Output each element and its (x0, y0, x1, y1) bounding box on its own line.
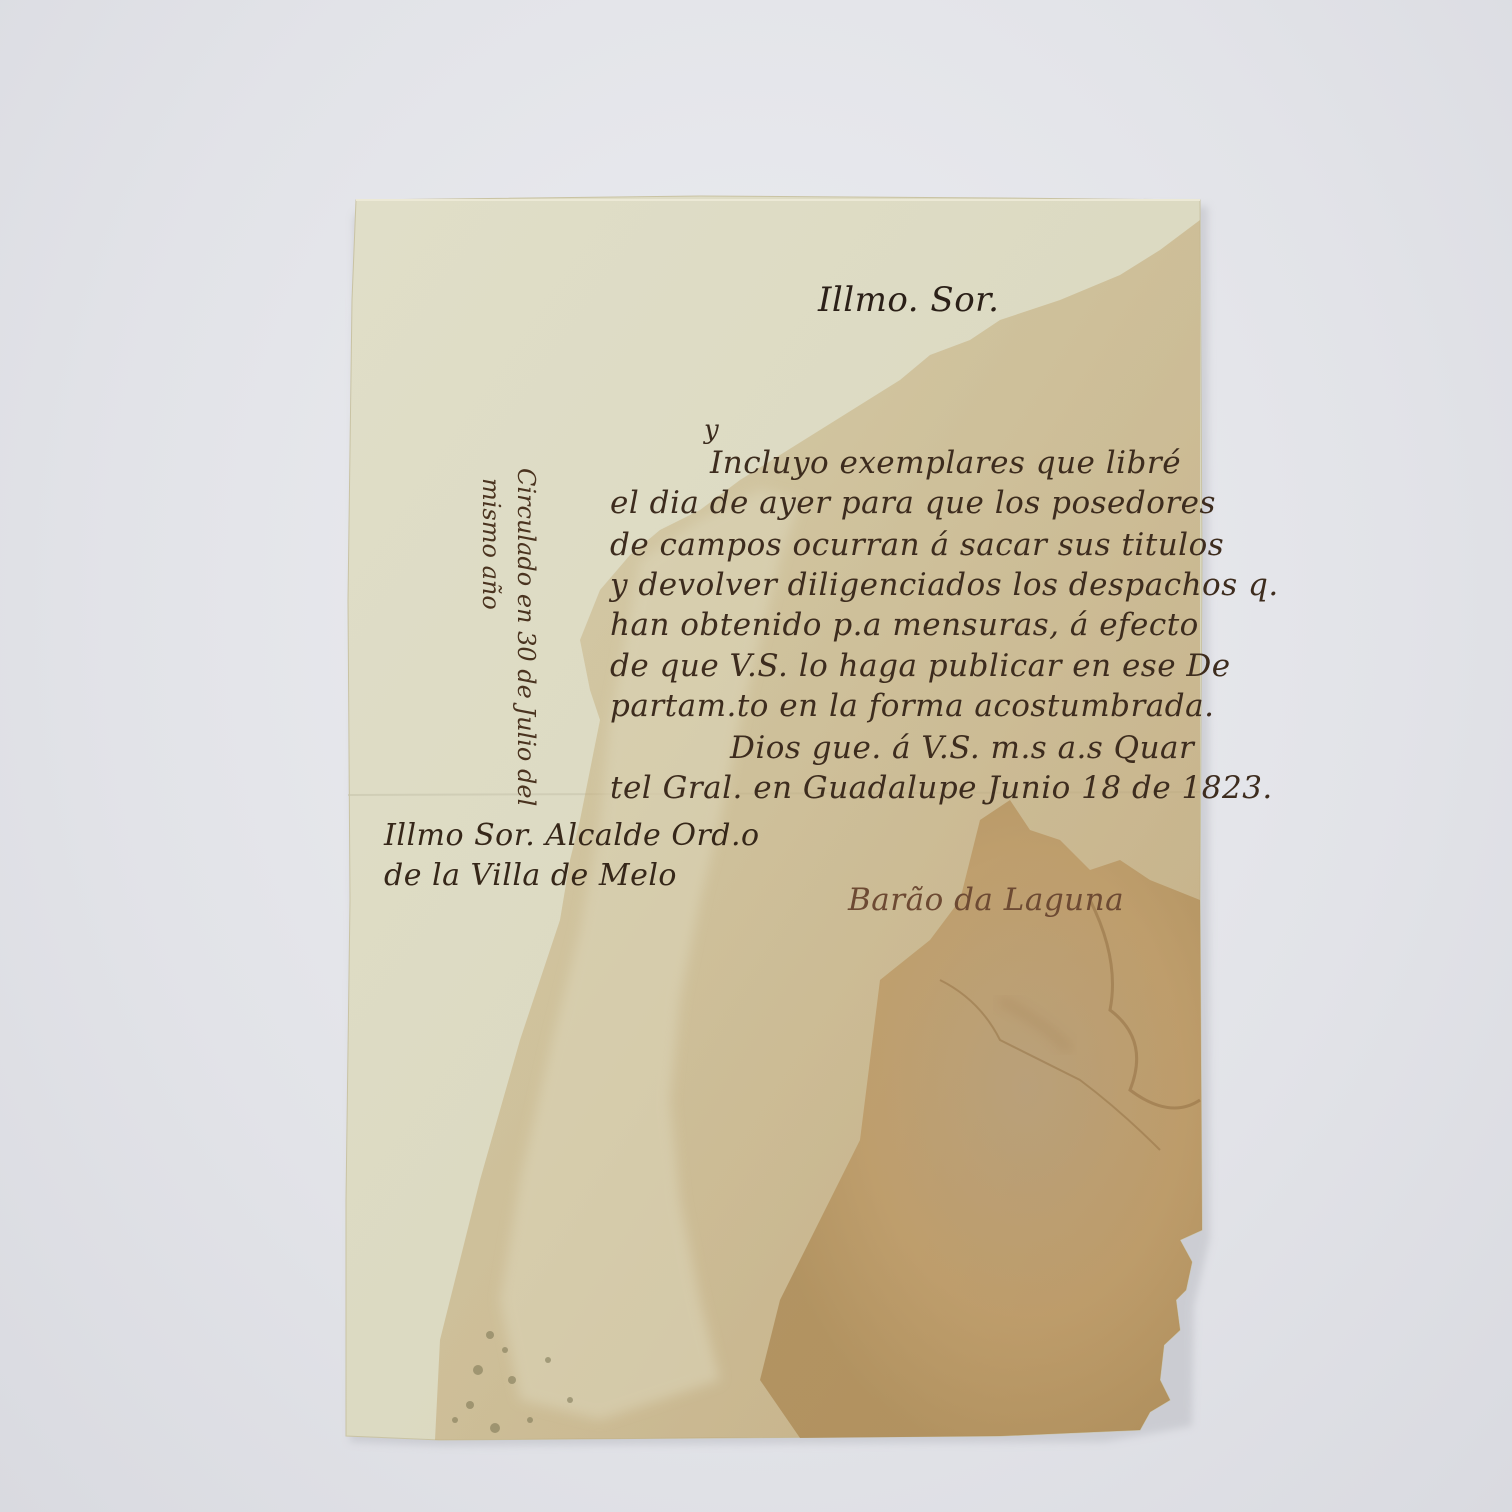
handwriting-layer: Illmo. Sor. y Incluyo exemplares que lib… (0, 0, 1512, 1512)
salutation: Illmo. Sor. (818, 280, 1000, 320)
body-line-3: de campos ocurran á sacar sus titulos (610, 527, 1224, 563)
body-line-6: de que V.S. lo haga publicar en ese De (610, 648, 1231, 684)
address-line-1: Illmo Sor. Alcalde Ord.o (384, 818, 760, 853)
body-line-9-date: tel Gral. en Guadalupe Junio 18 de 1823. (610, 770, 1273, 806)
body-line-1: Incluyo exemplares que libré (710, 445, 1181, 481)
paragraph-mark: y (704, 415, 719, 445)
manuscript-sheet: Illmo. Sor. y Incluyo exemplares que lib… (0, 0, 1512, 1512)
body-line-2: el dia de ayer para que los posedores (610, 485, 1216, 521)
body-line-7: partam.to en la forma acostumbrada. (610, 688, 1214, 724)
body-line-8: Dios gue. á V.S. m.s a.s Quar (730, 730, 1194, 766)
signature: Barão da Laguna (848, 882, 1124, 918)
margin-note-line-1: Circulado en 30 de Julio del (512, 468, 540, 806)
body-line-4: y devolver diligenciados los despachos q… (610, 567, 1279, 603)
margin-note-line-2: mismo año (477, 478, 505, 610)
body-line-5: han obtenido p.a mensuras, á efecto (610, 607, 1199, 643)
address-line-2: de la Villa de Melo (384, 858, 677, 893)
